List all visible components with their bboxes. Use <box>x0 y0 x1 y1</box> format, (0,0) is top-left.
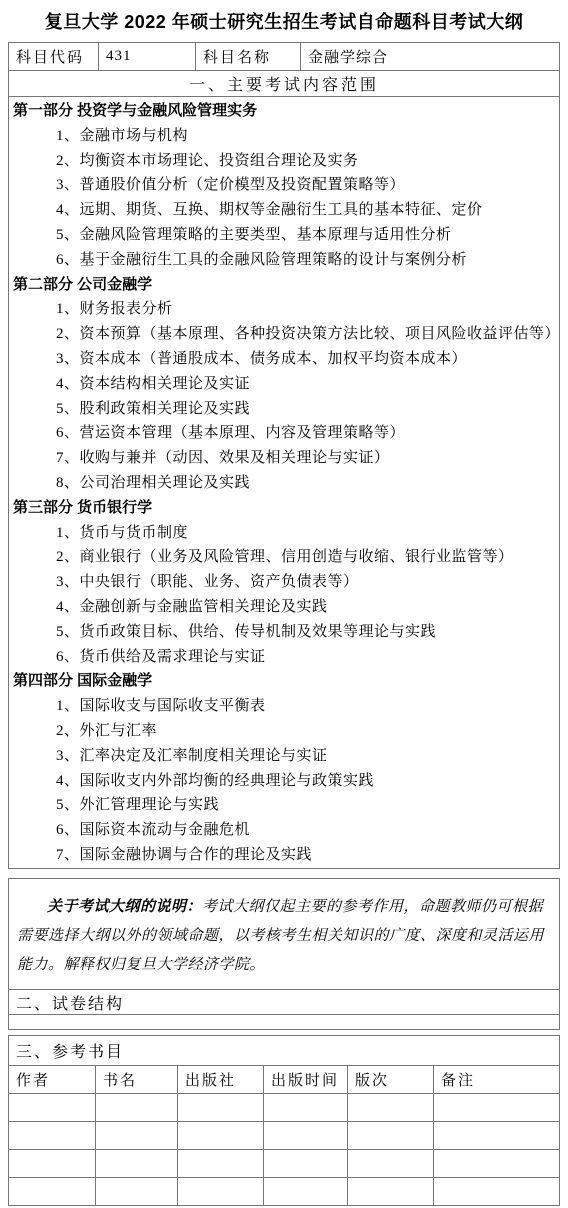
content-parts-cell: 第一部分 投资学与金融风险管理实务1、金融市场与机构2、均衡资本市场理论、投资组… <box>9 97 560 869</box>
document-title: 复旦大学 2022 年硕士研究生招生考试自命题科目考试大纲 <box>0 0 568 42</box>
syllabus-item: 3、普通股价值分析（定价模型及投资配置策略等） <box>13 173 555 198</box>
ref-column-header: 作者 <box>9 1066 96 1094</box>
ref-empty-cell <box>96 1122 178 1150</box>
note-lead: 关于考试大纲的说明： <box>47 899 202 915</box>
reference-table: 三、参考书目 作者书名出版社出版时间版次备注 <box>8 1035 560 1206</box>
syllabus-item: 3、中央银行（职能、业务、资产负债表等） <box>13 570 555 595</box>
note-cell: 关于考试大纲的说明：考试大纲仅起主要的参考作用，命题教师仍可根据需要选择大纲以外… <box>9 879 560 990</box>
ref-column-header: 备注 <box>434 1066 560 1094</box>
ref-table-body <box>9 1094 560 1206</box>
ref-empty-cell <box>348 1094 434 1122</box>
paper-structure-empty-row <box>9 1015 560 1030</box>
syllabus-item: 5、外汇管理理论与实践 <box>13 793 555 818</box>
syllabus-item: 6、营运资本管理（基本原理、内容及管理策略等） <box>13 421 555 446</box>
syllabus-item: 5、股利政策相关理论及实践 <box>13 397 555 422</box>
syllabus-item: 6、基于金融衍生工具的金融风险管理策略的设计与案例分析 <box>13 248 555 273</box>
ref-empty-cell <box>96 1094 178 1122</box>
ref-empty-cell <box>434 1122 560 1150</box>
syllabus-item: 1、金融市场与机构 <box>13 124 555 149</box>
syllabus-item: 1、货币与货币制度 <box>13 521 555 546</box>
syllabus-item: 2、均衡资本市场理论、投资组合理论及实务 <box>13 149 555 174</box>
ref-empty-row <box>9 1094 560 1122</box>
ref-empty-cell <box>434 1178 560 1206</box>
ref-empty-cell <box>434 1150 560 1178</box>
ref-empty-cell <box>264 1178 348 1206</box>
ref-empty-cell <box>434 1094 560 1122</box>
ref-empty-row <box>9 1178 560 1206</box>
ref-empty-cell <box>178 1178 264 1206</box>
empty-cell <box>9 1015 560 1030</box>
syllabus-item: 3、资本成本（普通股成本、债务成本、加权平均资本成本） <box>13 347 555 372</box>
syllabus-item: 5、金融风险管理策略的主要类型、基本原理与适用性分析 <box>13 223 555 248</box>
content-parts: 第一部分 投资学与金融风险管理实务1、金融市场与机构2、均衡资本市场理论、投资组… <box>13 99 555 868</box>
syllabus-item: 2、外汇与汇率 <box>13 719 555 744</box>
syllabus-item: 2、资本预算（基本原理、各种投资决策方法比较、项目风险收益评估等） <box>13 322 555 347</box>
ref-table-header-row: 作者书名出版社出版时间版次备注 <box>9 1066 560 1094</box>
ref-empty-cell <box>96 1178 178 1206</box>
syllabus-item: 1、国际收支与国际收支平衡表 <box>13 694 555 719</box>
subject-name-label: 科目名称 <box>196 43 301 71</box>
ref-empty-cell <box>178 1122 264 1150</box>
part-heading: 第三部分 货币银行学 <box>13 496 555 521</box>
ref-empty-cell <box>348 1178 434 1206</box>
ref-empty-cell <box>264 1094 348 1122</box>
ref-empty-row <box>9 1122 560 1150</box>
ref-empty-cell <box>178 1094 264 1122</box>
subject-info-row: 科目代码 431 科目名称 金融学综合 <box>9 43 560 71</box>
main-table: 科目代码 431 科目名称 金融学综合 一、主要考试内容范围 第一部分 投资学与… <box>8 42 560 869</box>
syllabus-item: 5、货币政策目标、供给、传导机制及效果等理论与实践 <box>13 620 555 645</box>
ref-empty-cell <box>348 1122 434 1150</box>
syllabus-item: 4、资本结构相关理论及实证 <box>13 372 555 397</box>
section-heading-references: 三、参考书目 <box>9 1036 560 1066</box>
syllabus-item: 1、财务报表分析 <box>13 297 555 322</box>
note-table: 关于考试大纲的说明：考试大纲仅起主要的参考作用，命题教师仍可根据需要选择大纲以外… <box>8 878 560 1030</box>
syllabus-item: 8、公司治理相关理论及实践 <box>13 471 555 496</box>
section-heading-paper-structure: 二、试卷结构 <box>9 990 560 1015</box>
syllabus-item: 2、商业银行（业务及风险管理、信用创造与收缩、银行业监管等） <box>13 545 555 570</box>
section-heading-main-content: 一、主要考试内容范围 <box>9 71 560 97</box>
ref-empty-cell <box>9 1094 96 1122</box>
syllabus-item: 6、货币供给及需求理论与实证 <box>13 645 555 670</box>
references-heading-row: 三、参考书目 <box>9 1036 560 1066</box>
main-content-heading-row: 一、主要考试内容范围 <box>9 71 560 97</box>
syllabus-item: 6、国际资本流动与金融危机 <box>13 818 555 843</box>
main-content-row: 第一部分 投资学与金融风险管理实务1、金融市场与机构2、均衡资本市场理论、投资组… <box>9 97 560 869</box>
ref-empty-cell <box>264 1122 348 1150</box>
syllabus-item: 3、汇率决定及汇率制度相关理论与实证 <box>13 744 555 769</box>
ref-empty-cell <box>264 1150 348 1178</box>
syllabus-item: 7、国际金融协调与合作的理论及实践 <box>13 843 555 868</box>
subject-name-value: 金融学综合 <box>301 43 560 71</box>
syllabus-item: 4、远期、期货、互换、期权等金融衍生工具的基本特征、定价 <box>13 198 555 223</box>
ref-column-header: 出版时间 <box>264 1066 348 1094</box>
ref-empty-cell <box>9 1150 96 1178</box>
exam-outline-document: 复旦大学 2022 年硕士研究生招生考试自命题科目考试大纲 科目代码 431 科… <box>0 0 568 1206</box>
subject-code-label: 科目代码 <box>9 43 99 71</box>
note-row: 关于考试大纲的说明：考试大纲仅起主要的参考作用，命题教师仍可根据需要选择大纲以外… <box>9 879 560 990</box>
ref-column-header: 出版社 <box>178 1066 264 1094</box>
ref-empty-row <box>9 1150 560 1178</box>
ref-column-header: 书名 <box>96 1066 178 1094</box>
syllabus-item: 7、收购与兼并（动因、效果及相关理论与实证） <box>13 446 555 471</box>
syllabus-item: 4、国际收支内外部均衡的经典理论与政策实践 <box>13 769 555 794</box>
ref-empty-cell <box>96 1150 178 1178</box>
part-heading: 第一部分 投资学与金融风险管理实务 <box>13 99 555 124</box>
ref-empty-cell <box>348 1150 434 1178</box>
note-paragraph: 关于考试大纲的说明：考试大纲仅起主要的参考作用，命题教师仍可根据需要选择大纲以外… <box>17 893 551 980</box>
ref-column-header: 版次 <box>348 1066 434 1094</box>
part-heading: 第二部分 公司金融学 <box>13 273 555 298</box>
part-heading: 第四部分 国际金融学 <box>13 669 555 694</box>
ref-empty-cell <box>178 1150 264 1178</box>
paper-structure-row: 二、试卷结构 <box>9 990 560 1015</box>
ref-empty-cell <box>9 1178 96 1206</box>
syllabus-item: 4、金融创新与金融监管相关理论及实践 <box>13 595 555 620</box>
subject-code-value: 431 <box>99 43 196 71</box>
ref-empty-cell <box>9 1122 96 1150</box>
